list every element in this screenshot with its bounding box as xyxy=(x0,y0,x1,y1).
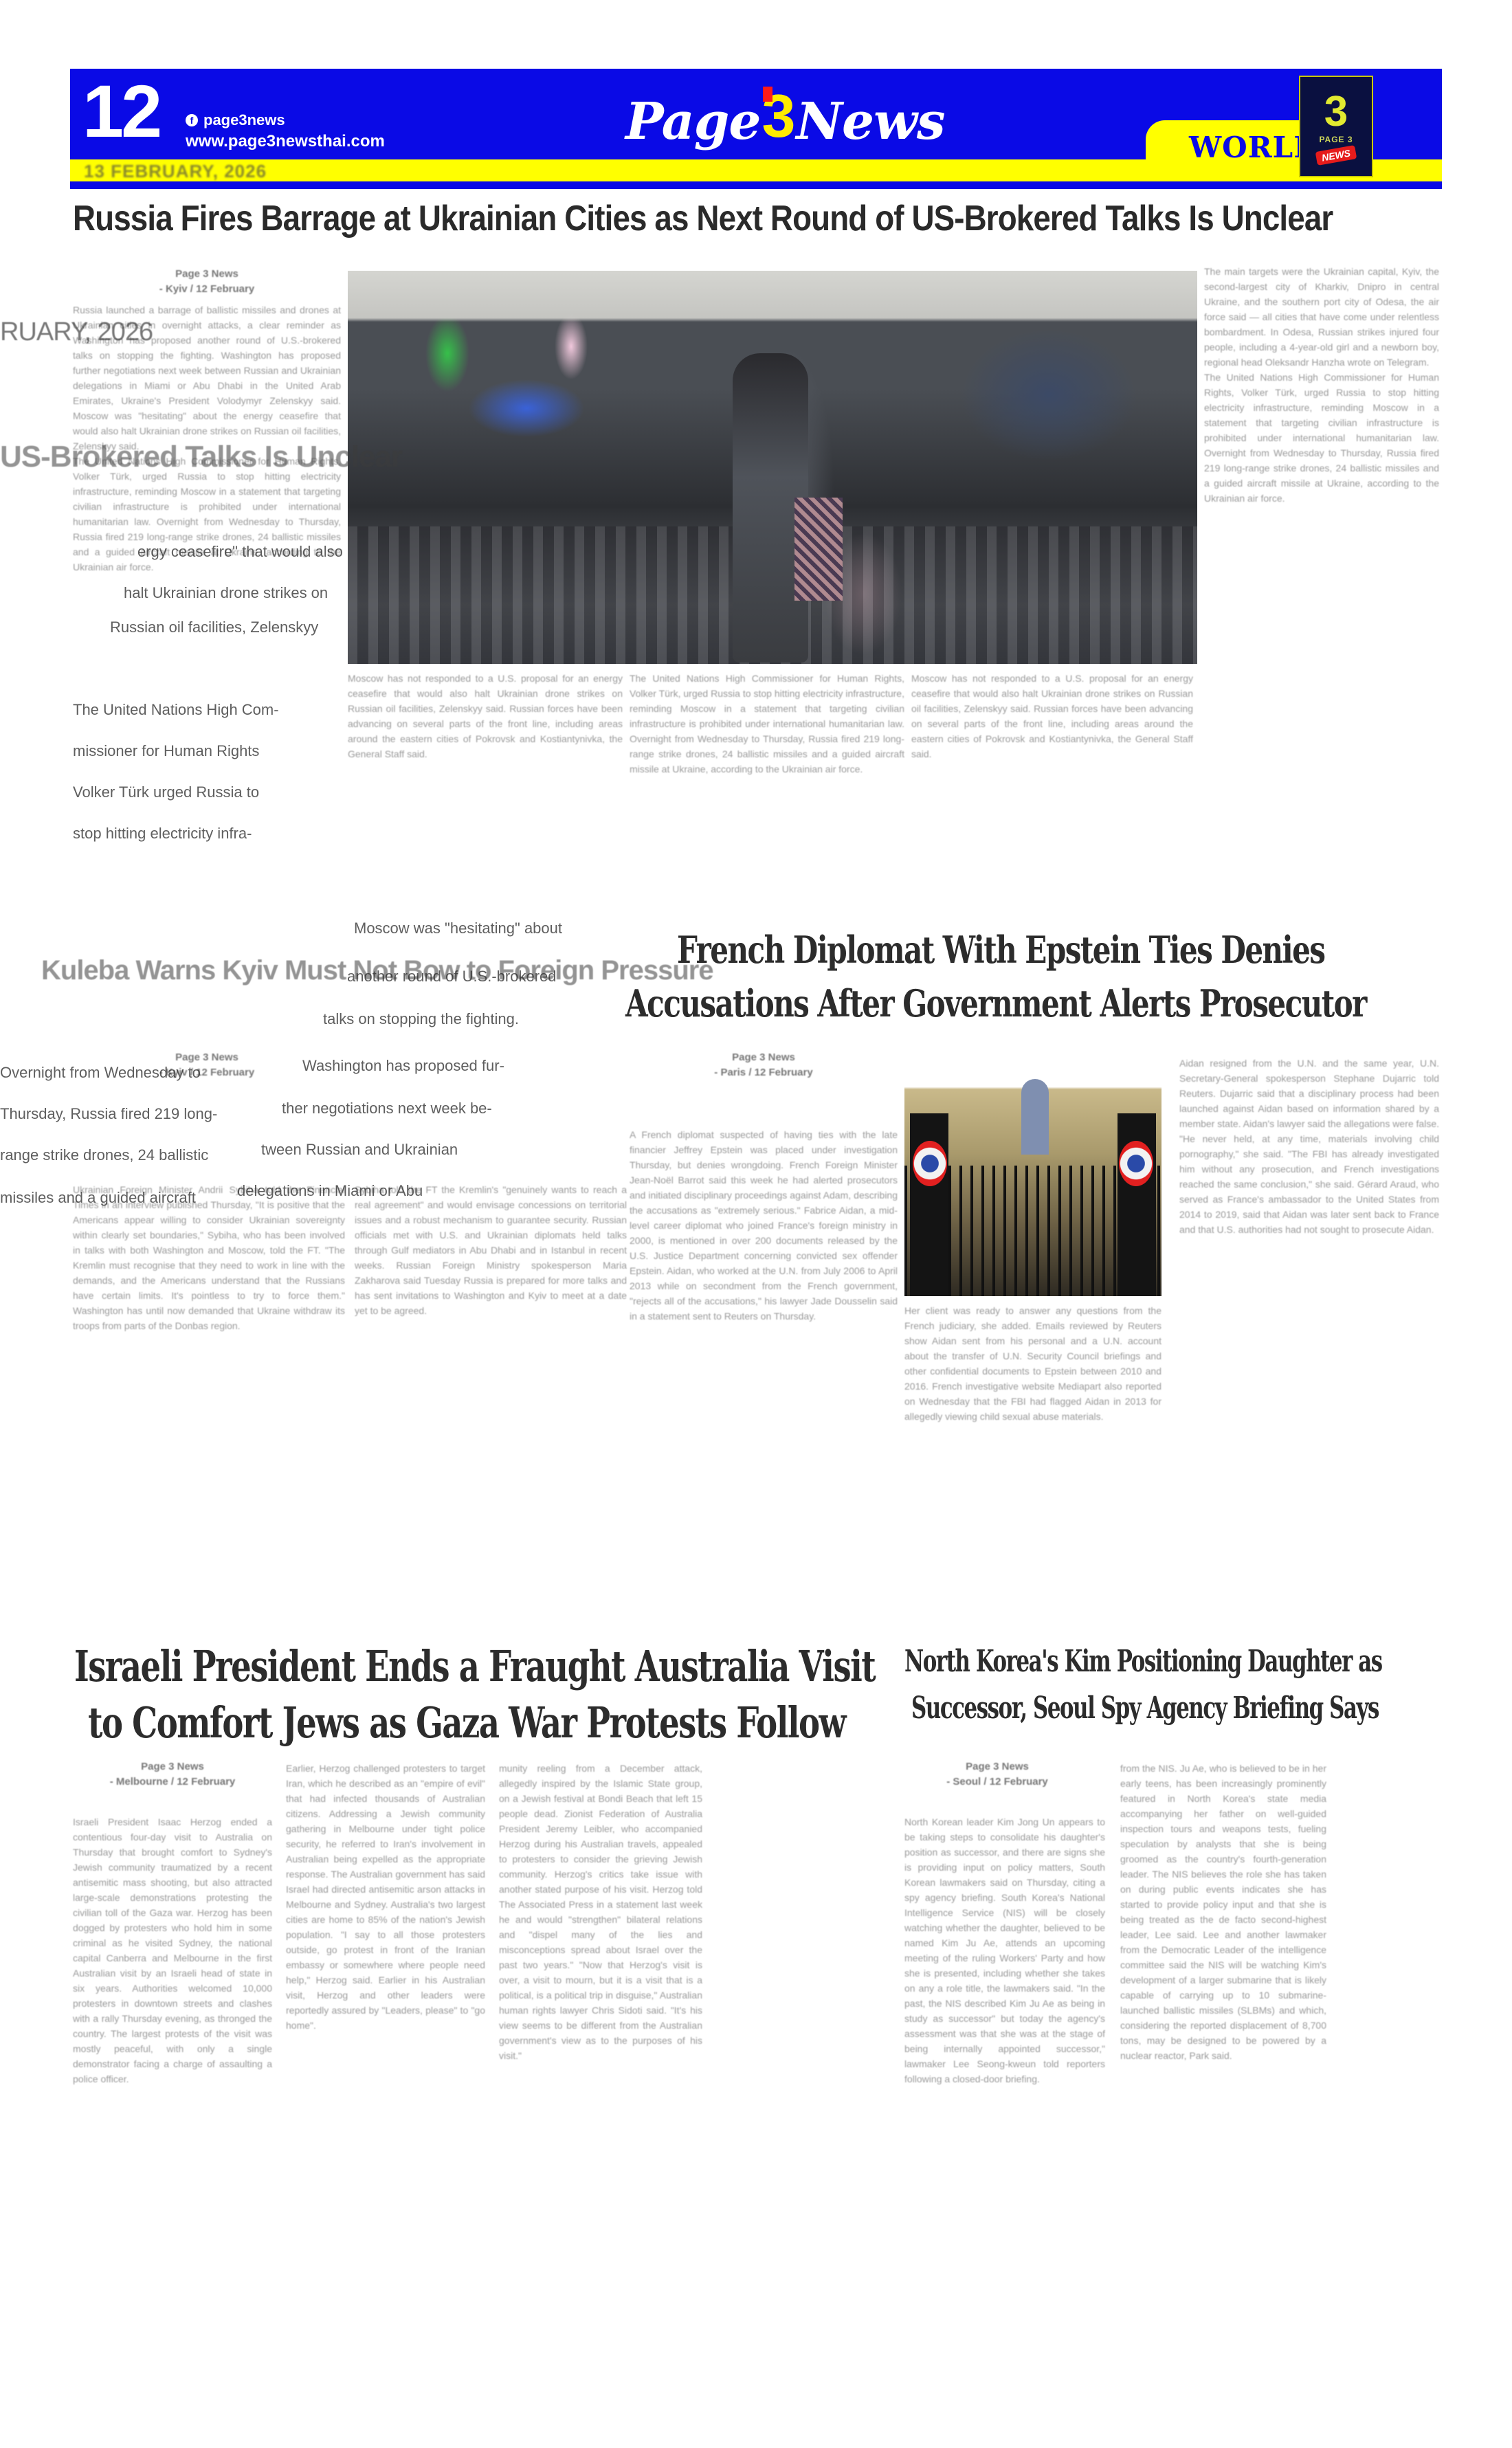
byline-dateline: - Paris / 12 February xyxy=(630,1065,898,1080)
facebook-handle-text: page3news xyxy=(203,111,285,129)
ghost-text-line: delegations in Miami or Abu xyxy=(237,1182,423,1200)
byline-source: Page 3 News xyxy=(73,267,341,282)
ghost-text-line: missiles and a guided aircraft xyxy=(0,1189,196,1207)
article-paragraph: from the NIS. Ju Ae, who is believed to … xyxy=(1120,1761,1326,2063)
article-column: The main targets were the Ukrainian capi… xyxy=(1204,264,1439,903)
article-paragraph: North Korean leader Kim Jong Un appears … xyxy=(904,1814,1105,2087)
byline-russia: Page 3 News - Kyiv / 12 February xyxy=(73,267,341,297)
tricolor-roundel xyxy=(1119,1141,1153,1186)
article-column: Aidan resigned from the U.N. and the sam… xyxy=(1179,1056,1439,1619)
ghost-text-line: Russian oil facilities, Zelenskyy xyxy=(110,619,318,636)
article-paragraph: Moscow has not responded to a U.S. propo… xyxy=(348,671,623,761)
ghost-text-line: Overnight from Wednesday to xyxy=(0,1064,201,1082)
newspaper-logo: Page 3 News xyxy=(625,81,944,151)
byline-source: Page 3 News xyxy=(904,1759,1090,1774)
masthead-rule xyxy=(70,181,1442,189)
byline-source: Page 3 News xyxy=(73,1759,272,1774)
article-paragraph: Moscow has not responded to a U.S. propo… xyxy=(911,671,1193,761)
headline-french-diplomat-line1: French Diplomat With Epstein Ties Denies xyxy=(677,928,1324,972)
article-column: Moscow has not responded to a U.S. propo… xyxy=(911,671,1193,904)
article-column: The United Nations High Commissioner for… xyxy=(630,671,904,904)
ghost-text-line: another round of U.S.-brokered xyxy=(347,968,557,986)
article-column: from the NIS. Ju Ae, who is believed to … xyxy=(1120,1761,1326,2366)
article-paragraph: Israeli President Isaac Herzog ended a c… xyxy=(73,1814,272,2087)
byline-north-korea: Page 3 News - Seoul / 12 February xyxy=(904,1759,1090,1790)
byline-dateline: - Kyiv / 12 February xyxy=(73,282,341,297)
headline-north-korea-line2: Successor, Seoul Spy Agency Briefing Say… xyxy=(911,1691,1379,1726)
article-column: Israeli President Isaac Herzog ended a c… xyxy=(73,1814,272,2364)
headline-israeli-president-line2: to Comfort Jews as Gaza War Protests Fol… xyxy=(88,1698,845,1748)
ghost-text-line: Moscow was "hesitating" about xyxy=(354,920,562,937)
ghost-text-line: tween Russian and Ukrainian xyxy=(261,1141,458,1159)
article-column: munity reeling from a December attack, a… xyxy=(499,1761,702,2366)
byline-israel: Page 3 News - Melbourne / 12 February xyxy=(73,1759,272,1790)
ghost-date-overlay: RUARY, 2026 xyxy=(0,318,153,347)
byline-source: Page 3 News xyxy=(630,1050,898,1065)
article-paragraph: The United Nations High Commissioner for… xyxy=(1204,370,1439,506)
article-column: Moscow has not responded to a U.S. propo… xyxy=(348,671,623,904)
page3-badge-logo: 3 PAGE 3 NEWS xyxy=(1299,76,1373,177)
ghost-text-line: missioner for Human Rights xyxy=(73,742,259,760)
byline-french: Page 3 News - Paris / 12 February xyxy=(630,1050,898,1080)
ghost-text-line: halt Ukrainian drone strikes on xyxy=(124,584,328,602)
badge-number: 3 xyxy=(1324,91,1348,133)
article-column: Her client was ready to answer any quest… xyxy=(904,1303,1161,1619)
brand-number: 3 xyxy=(761,81,794,151)
byline-dateline: - Melbourne / 12 February xyxy=(73,1774,272,1790)
ghost-headline-overlay: US-Brokered Talks Is Unclear xyxy=(0,440,402,474)
ghost-text-line: Thursday, Russia fired 219 long- xyxy=(0,1105,217,1123)
article-paragraph: Aidan resigned from the U.N. and the sam… xyxy=(1179,1056,1439,1237)
website-link[interactable]: www.page3newsthai.com xyxy=(186,132,385,151)
badge-page-text: PAGE 3 xyxy=(1319,135,1353,144)
ghost-text-line: Volker Türk urged Russia to xyxy=(73,783,259,801)
brand-left: Page xyxy=(625,92,760,151)
article-paragraph: Sybiha told the FT the Kremlin's "genuin… xyxy=(355,1182,627,1318)
article-paragraph: The main targets were the Ukrainian capi… xyxy=(1204,264,1439,370)
ghost-text-line: ergy ceasefire" that would also xyxy=(137,543,343,561)
badge-news-text: NEWS xyxy=(1315,145,1357,166)
page-number: 12 xyxy=(82,74,159,148)
headline-french-diplomat-line2: Accusations After Government Alerts Pros… xyxy=(625,981,1366,1025)
headline-north-korea-line1: North Korea's Kim Positioning Daughter a… xyxy=(904,1644,1382,1679)
article-paragraph: munity reeling from a December attack, a… xyxy=(499,1761,702,2063)
ghost-text-line: ther negotiations next week be- xyxy=(282,1100,492,1117)
masthead: 12 f page3news www.page3newsthai.com 13 … xyxy=(70,69,1442,189)
headline-russia: Russia Fires Barrage at Ukrainian Cities… xyxy=(73,198,1333,239)
article-column: Earlier, Herzog challenged protesters to… xyxy=(286,1761,485,2366)
article-column: North Korean leader Kim Jong Un appears … xyxy=(904,1814,1105,2364)
issue-date: 13 FEBRUARY, 2026 xyxy=(84,161,267,182)
headline-israeli-president-line1: Israeli President Ends a Fraught Austral… xyxy=(74,1641,875,1691)
facebook-handle[interactable]: f page3news xyxy=(186,111,285,129)
article-column: A French diplomat suspected of having ti… xyxy=(630,1127,898,1622)
article-column: Sybiha told the FT the Kremlin's "genuin… xyxy=(355,1182,627,1622)
ghost-text-line: talks on stopping the fighting. xyxy=(323,1010,519,1028)
article-column: Ukrainian Foreign Minister Andrii Sybiha… xyxy=(73,1182,345,1622)
photo-kyiv-market xyxy=(348,271,1197,664)
ghost-text-line: The United Nations High Com- xyxy=(73,701,279,719)
article-paragraph: A French diplomat suspected of having ti… xyxy=(630,1127,898,1324)
article-paragraph: The United Nations High Commissioner for… xyxy=(630,671,904,777)
ghost-text-line: stop hitting electricity infra- xyxy=(73,825,252,843)
facebook-icon: f xyxy=(186,114,198,126)
photo-french-ministry xyxy=(904,1058,1161,1296)
tricolor-roundel xyxy=(913,1141,947,1186)
photo-bag xyxy=(794,498,843,601)
ghost-text-line: Washington has proposed fur- xyxy=(302,1057,504,1075)
byline-source: Page 3 News xyxy=(73,1050,341,1065)
brand-right: News xyxy=(796,92,944,151)
byline-dateline: - Seoul / 12 February xyxy=(904,1774,1090,1790)
ghost-text-line: range strike drones, 24 ballistic xyxy=(0,1146,208,1164)
article-paragraph: Earlier, Herzog challenged protesters to… xyxy=(286,1761,485,2033)
article-paragraph: Her client was ready to answer any quest… xyxy=(904,1303,1161,1424)
